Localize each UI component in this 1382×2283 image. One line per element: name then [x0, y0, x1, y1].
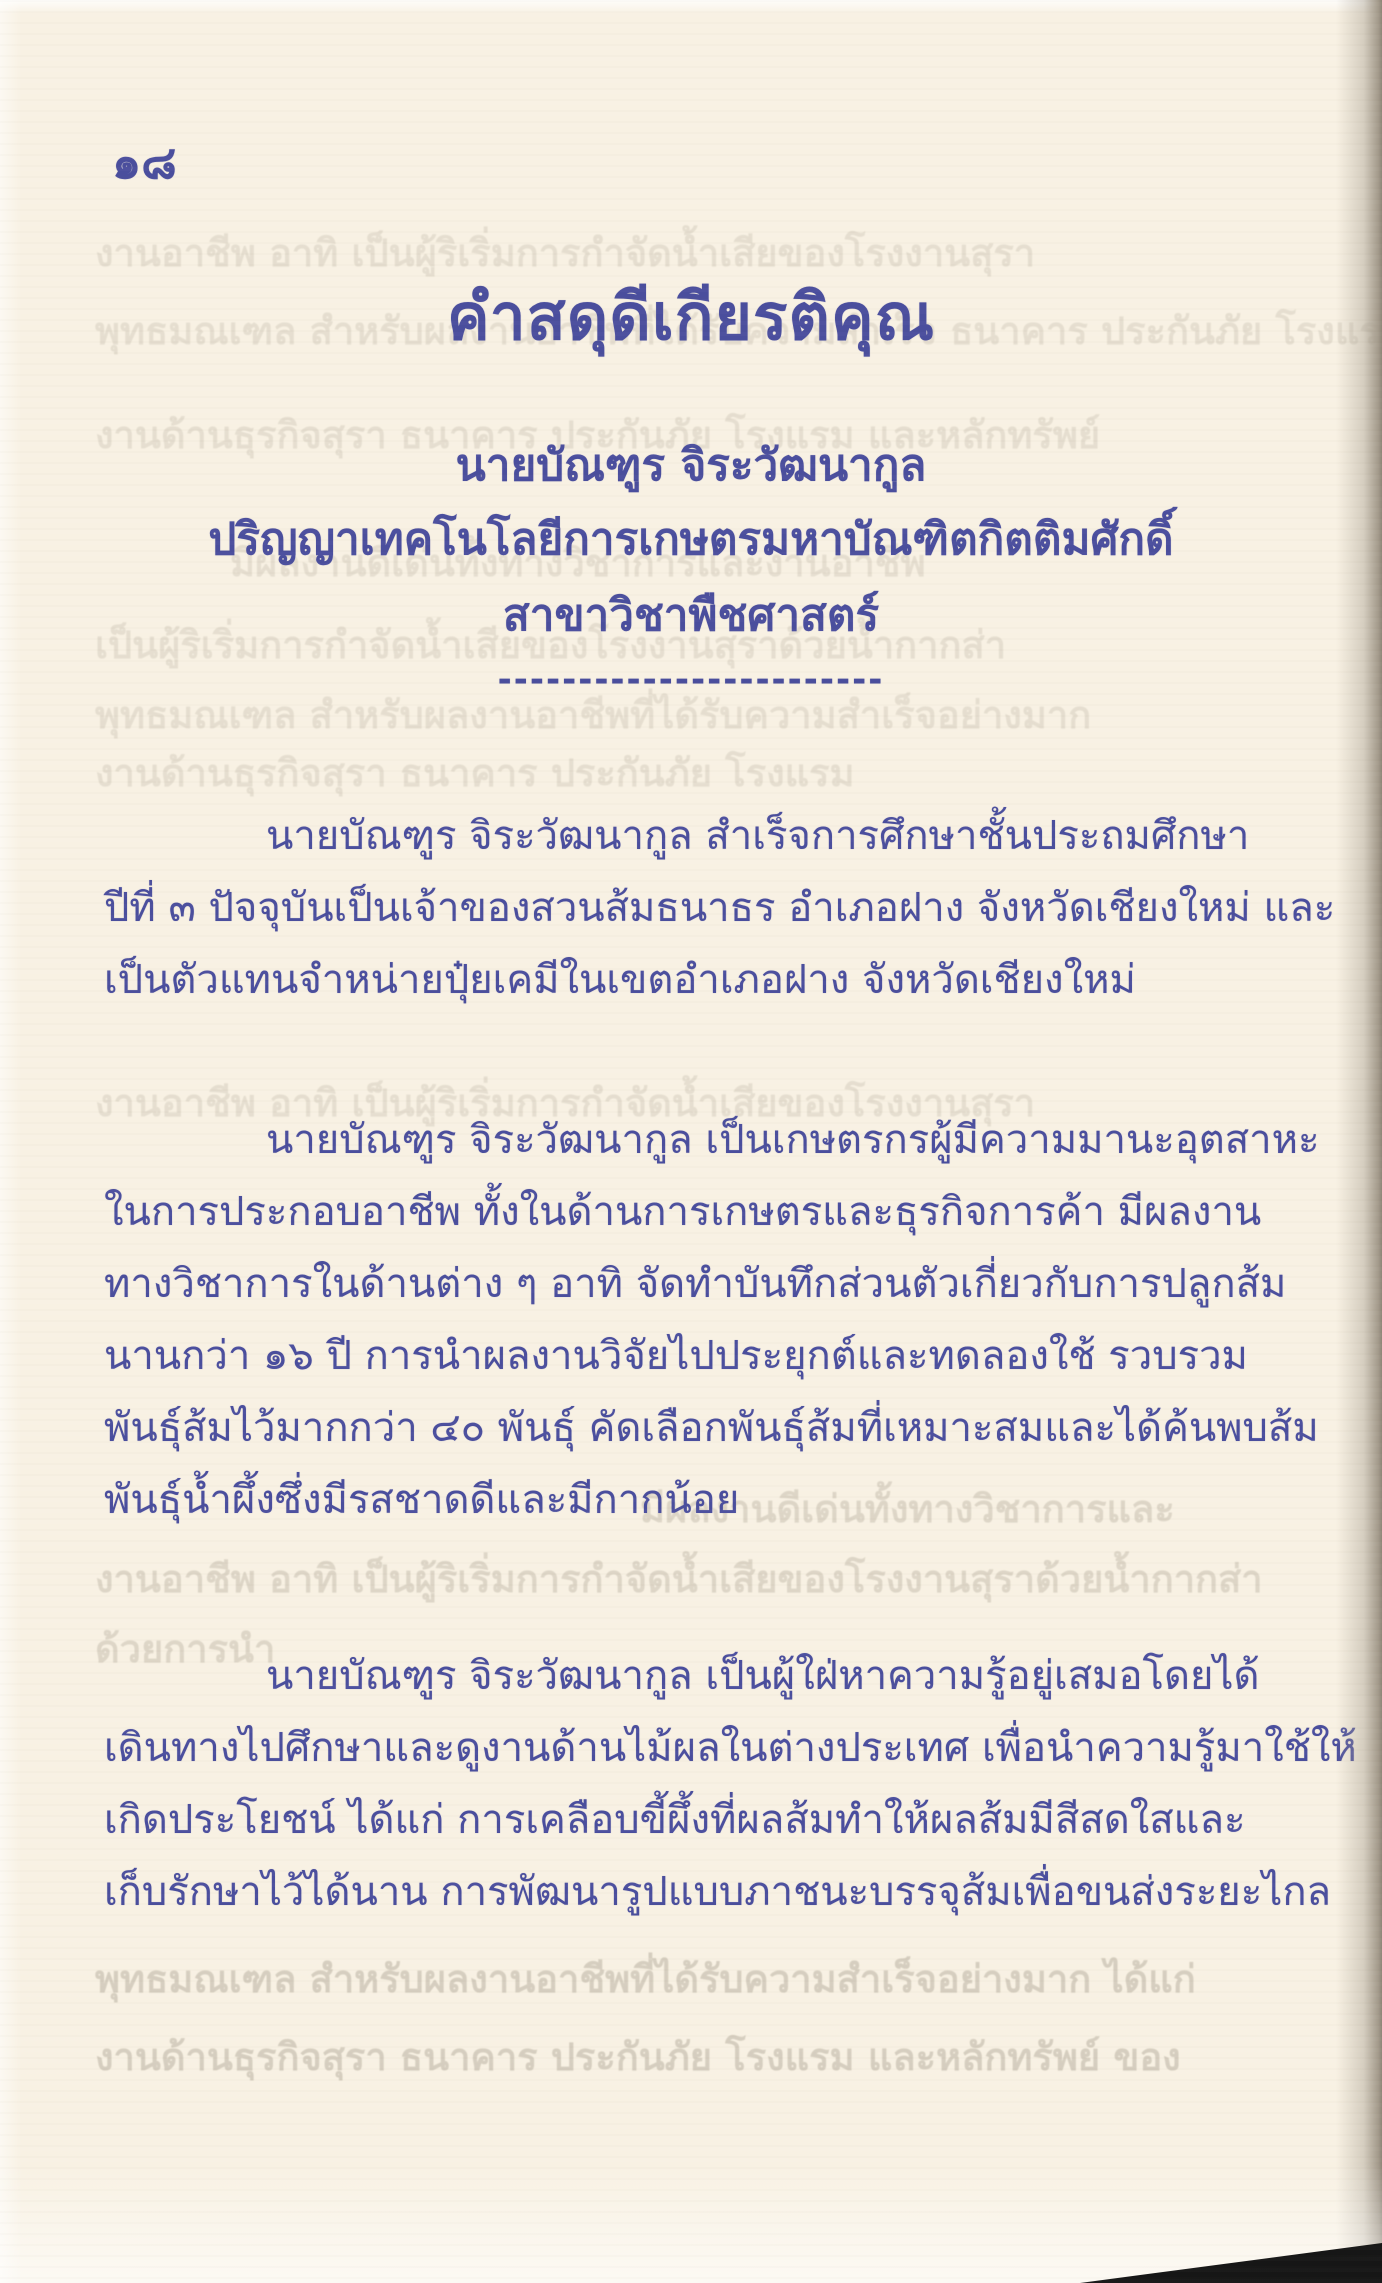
paragraph-line: พันธุ์น้ำผึ้งซึ่งมีรสชาดดีและมีกากน้อย — [104, 1464, 1296, 1536]
paragraph-3: นายบัณฑูร จิระวัฒนากูล เป็นผู้ใฝ่หาความร… — [104, 1640, 1296, 1928]
ghost-bleedthrough-line: พุทธมณเฑล สำหรับผลงานอาชีพที่ได้รับความส… — [95, 1948, 1196, 2009]
scan-edge-highlight-bottom — [0, 2163, 1382, 2283]
page-number: ๑๘ — [112, 126, 177, 199]
paragraph-line: เก็บรักษาไว้ได้นาน การพัฒนารูปแบบภาชนะบร… — [104, 1856, 1296, 1928]
ghost-bleedthrough-line: งานอาชีพ อาทิ เป็นผู้ริเริ่มการกำจัดน้ำเ… — [95, 1548, 1263, 1609]
paragraph-2: นายบัณฑูร จิระวัฒนากูล เป็นเกษตรกรผู้มีค… — [104, 1104, 1296, 1536]
paragraph-line: ปีที่ ๓ ปัจจุบันเป็นเจ้าของสวนส้มธนาธร อ… — [104, 872, 1296, 944]
paragraph-line: พันธุ์ส้มไว้มากกว่า ๔๐ พันธุ์ คัดเลือกพั… — [104, 1392, 1296, 1464]
paragraph-line: ทางวิชาการในด้านต่าง ๆ อาทิ จัดทำบันทึกส… — [104, 1248, 1296, 1320]
honoree-name: นายบัณฑูร จิระวัฒนากูล — [0, 430, 1382, 500]
scanned-document-page: งานอาชีพ อาทิ เป็นผู้ริเริ่มการกำจัดน้ำเ… — [0, 0, 1382, 2283]
paragraph-1: นายบัณฑูร จิระวัฒนากูล สำเร็จการศึกษาชั้… — [104, 800, 1296, 1016]
divider-dashes: ------------------------ — [0, 660, 1382, 700]
paragraph-line: ในการประกอบอาชีพ ทั้งในด้านการเกษตรและธุ… — [104, 1176, 1296, 1248]
scan-edge-highlight-left — [0, 0, 22, 2283]
page-title: คำสดุดีเกียรติคุณ — [0, 266, 1382, 368]
scan-edge-highlight-top — [0, 0, 1382, 14]
degree-name: ปริญญาเทคโนโลยีการเกษตรมหาบัณฑิตกิตติมศั… — [0, 504, 1382, 574]
paragraph-line: เดินทางไปศึกษาและดูงานด้านไม้ผลในต่างประ… — [104, 1712, 1296, 1784]
paragraph-line: นายบัณฑูร จิระวัฒนากูล เป็นเกษตรกรผู้มีค… — [104, 1104, 1296, 1176]
scan-edge-shadow-right — [1336, 0, 1382, 2283]
field-of-study: สาขาวิชาพืชศาสตร์ — [0, 580, 1382, 650]
ghost-bleedthrough-line: งานด้านธุรกิจสุรา ธนาคาร ประกันภัย โรงแร… — [95, 2026, 1181, 2087]
paragraph-line: นานกว่า ๑๖ ปี การนำผลงานวิจัยไปประยุกต์แ… — [104, 1320, 1296, 1392]
paragraph-line: นายบัณฑูร จิระวัฒนากูล เป็นผู้ใฝ่หาความร… — [104, 1640, 1296, 1712]
ghost-bleedthrough-line: งานด้านธุรกิจสุรา ธนาคาร ประกันภัย โรงแร… — [95, 742, 855, 803]
paragraph-line: เกิดประโยชน์ ได้แก่ การเคลือบขี้ผึ้งที่ผ… — [104, 1784, 1296, 1856]
paragraph-line: นายบัณฑูร จิระวัฒนากูล สำเร็จการศึกษาชั้… — [104, 800, 1296, 872]
paragraph-line: เป็นตัวแทนจำหน่ายปุ๋ยเคมีในเขตอำเภอฝาง จ… — [104, 944, 1296, 1016]
